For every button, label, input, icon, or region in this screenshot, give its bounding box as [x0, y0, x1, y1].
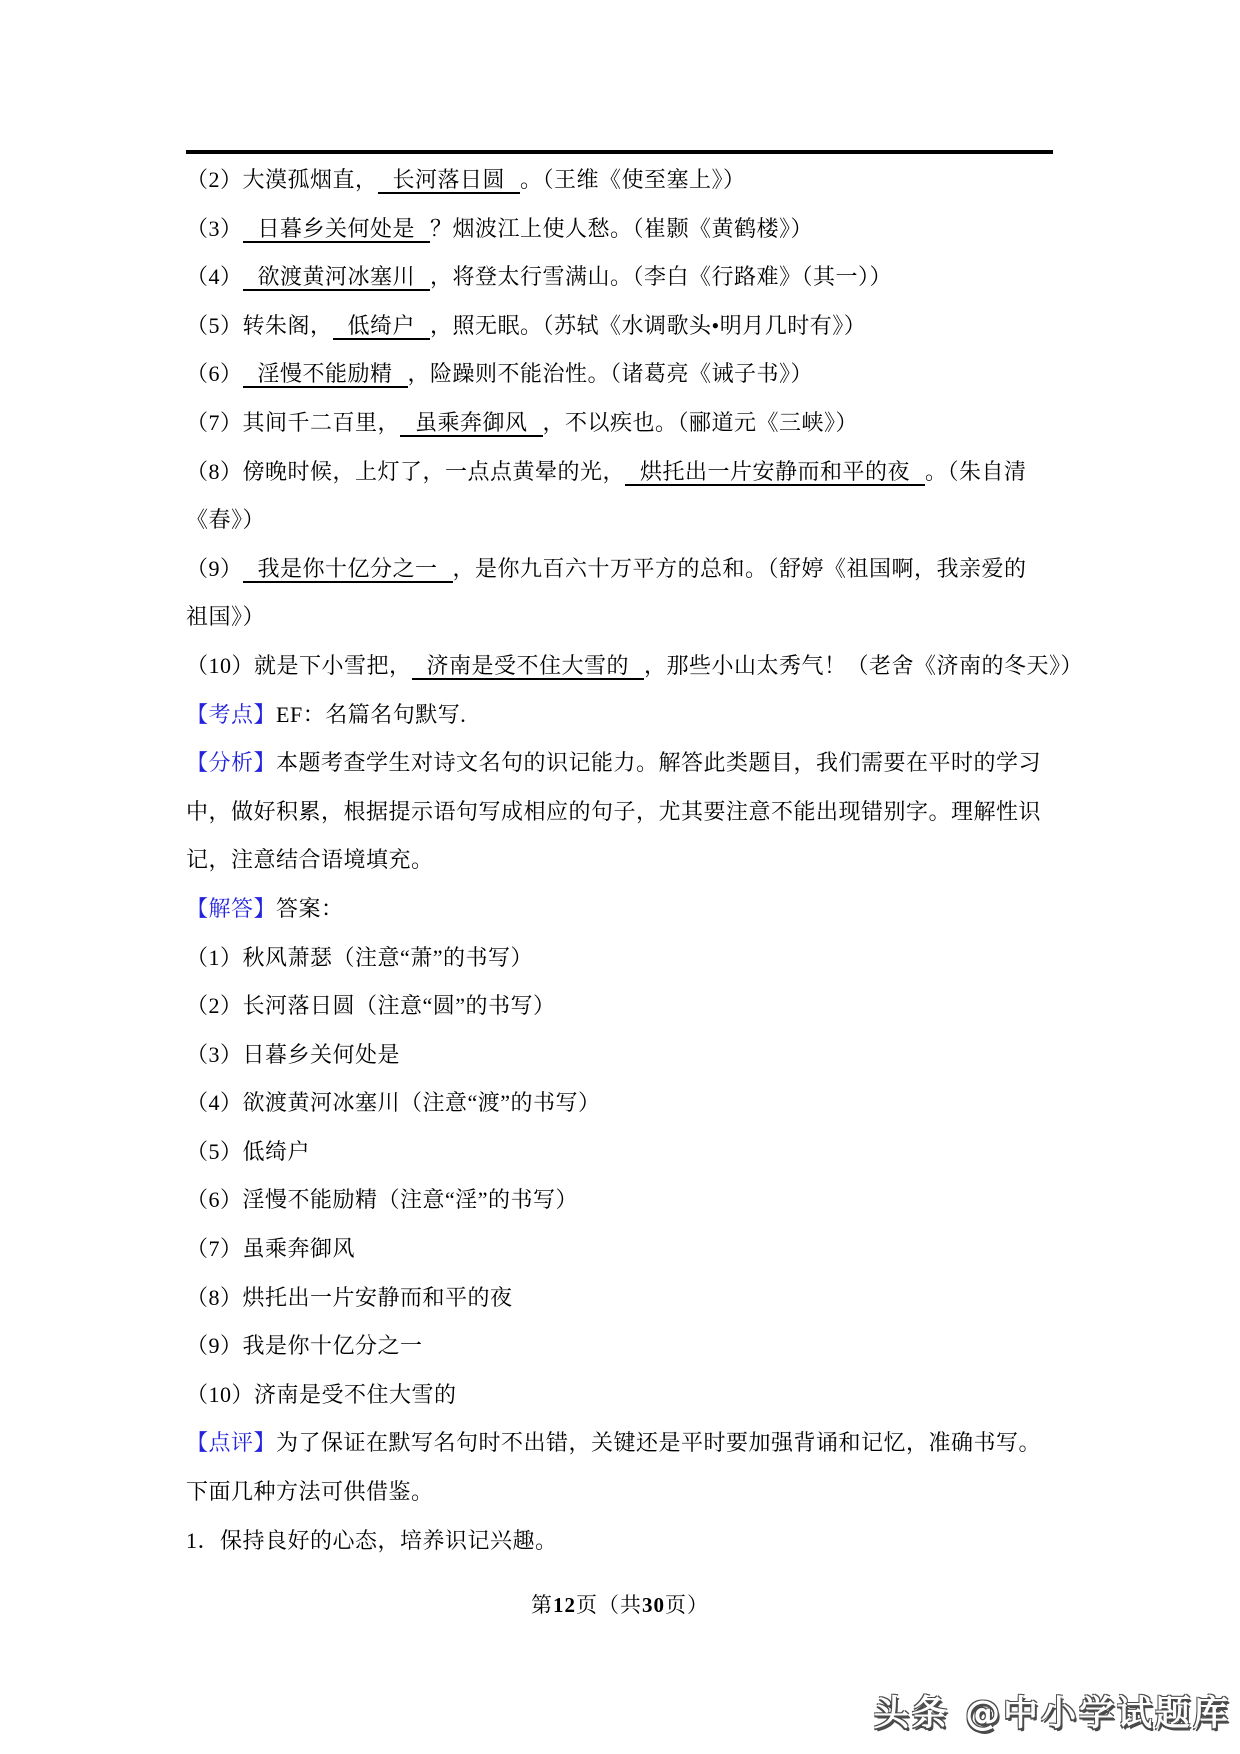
text-segment: ，照无眠。（苏轼《水调歌头•明月几时有》） — [430, 313, 866, 338]
section-label: 【考点】 — [186, 702, 276, 727]
document-line: （9）我是你十亿分之一，是你九百六十万平方的总和。（舒婷《祖国啊，我亲爱的 — [186, 545, 1058, 594]
text-segment: （5）转朱阁， — [186, 313, 333, 338]
answer-blank: 我是你十亿分之一 — [243, 556, 453, 583]
document-line: 1．保持良好的心态，培养识记兴趣。 — [186, 1517, 1058, 1566]
text-segment: 《春》） — [186, 507, 265, 532]
text-segment: ，将登太行雪满山。（李白《行路难》（其一）） — [430, 264, 892, 289]
document-line: 下面几种方法可供借鉴。 — [186, 1468, 1058, 1517]
text-segment: （8）烘托出一片安静而和平的夜 — [186, 1285, 513, 1310]
text-segment: 页（共 — [576, 1593, 642, 1617]
document-line: 【分析】本题考查学生对诗文名句的识记能力。解答此类题目，我们需要在平时的学习 — [186, 739, 1058, 788]
text-segment: （3）日暮乡关何处是 — [186, 1042, 400, 1067]
document-line: 祖国》） — [186, 593, 1058, 642]
text-segment: （3） — [186, 216, 243, 241]
document-line: （7）虽乘奔御风 — [186, 1225, 1058, 1274]
text-segment: （2）大漠孤烟直， — [186, 167, 378, 192]
document-line: （9）我是你十亿分之一 — [186, 1322, 1058, 1371]
text-segment: 本题考查学生对诗文名句的识记能力。解答此类题目，我们需要在平时的学习 — [276, 750, 1041, 775]
text-segment: （7）虽乘奔御风 — [186, 1236, 355, 1261]
answer-blank: 虽乘奔御风 — [400, 410, 543, 437]
text-segment: 。（朱自清 — [925, 459, 1027, 484]
section-label: 【分析】 — [186, 750, 276, 775]
text-segment: （9）我是你十亿分之一 — [186, 1333, 423, 1358]
document-page: （2）大漠孤烟直，长河落日圆。（王维《使至塞上》）（3）日暮乡关何处是？烟波江上… — [0, 0, 1240, 1754]
text-segment: 答案： — [276, 896, 344, 921]
document-line: （2）大漠孤烟直，长河落日圆。（王维《使至塞上》） — [186, 156, 1058, 205]
text-segment: 1．保持良好的心态，培养识记兴趣。 — [186, 1528, 558, 1553]
text-segment: 祖国》） — [186, 604, 265, 629]
document-line: （1）秋风萧瑟（注意“萧”的书写） — [186, 934, 1058, 983]
text-segment: 中，做好积累，根据提示语句写成相应的句子，尤其要注意不能出现错别字。理解性识 — [186, 799, 1041, 824]
header-rule — [186, 150, 1053, 154]
text-segment: 30 — [642, 1593, 665, 1617]
text-segment: （7）其间千二百里， — [186, 410, 400, 435]
text-segment: 记，注意结合语境填充。 — [186, 847, 434, 872]
document-line: 【点评】为了保证在默写名句时不出错，关键还是平时要加强背诵和记忆，准确书写。 — [186, 1419, 1058, 1468]
text-segment: （5）低绮户 — [186, 1139, 310, 1164]
text-segment: （4）欲渡黄河冰塞川（注意“渡”的书写） — [186, 1090, 601, 1115]
answer-blank: 低绮户 — [333, 313, 431, 340]
document-line: 【解答】答案： — [186, 885, 1058, 934]
text-segment: ，那些小山太秀气！（老舍《济南的冬天》） — [644, 653, 1083, 678]
document-line: 《春》） — [186, 496, 1058, 545]
text-segment: （6） — [186, 361, 243, 386]
text-segment: （6）淫慢不能励精（注意“淫”的书写） — [186, 1187, 578, 1212]
document-line: （5）低绮户 — [186, 1128, 1058, 1177]
text-segment: ？烟波江上使人愁。（崔颢《黄鹤楼》） — [430, 216, 813, 241]
text-segment: 页） — [665, 1593, 709, 1617]
section-label: 【点评】 — [186, 1430, 276, 1455]
text-segment: 第 — [531, 1593, 553, 1617]
document-line: （8）烘托出一片安静而和平的夜 — [186, 1274, 1058, 1323]
watermark: 头条 @中小学试题库 — [874, 1686, 1231, 1736]
answer-blank: 欲渡黄河冰塞川 — [243, 264, 431, 291]
text-segment: （2）长河落日圆（注意“圆”的书写） — [186, 993, 556, 1018]
text-segment: （10）就是下小雪把， — [186, 653, 412, 678]
document-line: （10）济南是受不住大雪的 — [186, 1371, 1058, 1420]
text-segment: ，险躁则不能治性。（诸葛亮《诫子书》） — [408, 361, 814, 386]
answer-blank: 济南是受不住大雪的 — [412, 653, 645, 680]
document-line: （6）淫慢不能励精（注意“淫”的书写） — [186, 1176, 1058, 1225]
document-line: （7）其间千二百里，虽乘奔御风，不以疾也。（郦道元《三峡》） — [186, 399, 1058, 448]
document-line: （5）转朱阁，低绮户，照无眠。（苏轼《水调歌头•明月几时有》） — [186, 302, 1058, 351]
text-segment: （9） — [186, 556, 243, 581]
text-segment: （10）济南是受不住大雪的 — [186, 1382, 457, 1407]
text-segment: 为了保证在默写名句时不出错，关键还是平时要加强背诵和记忆，准确书写。 — [276, 1430, 1041, 1455]
text-segment: （1）秋风萧瑟（注意“萧”的书写） — [186, 945, 533, 970]
text-segment: （8）傍晚时候，上灯了，一点点黄晕的光， — [186, 459, 625, 484]
document-line: 记，注意结合语境填充。 — [186, 836, 1058, 885]
document-line: （4）欲渡黄河冰塞川（注意“渡”的书写） — [186, 1079, 1058, 1128]
document-line: 【考点】EF：名篇名句默写. — [186, 691, 1058, 740]
text-segment: ，是你九百六十万平方的总和。（舒婷《祖国啊，我亲爱的 — [453, 556, 1027, 581]
answer-blank: 烘托出一片安静而和平的夜 — [625, 459, 925, 486]
document-line: （8）傍晚时候，上灯了，一点点黄晕的光，烘托出一片安静而和平的夜。（朱自清 — [186, 448, 1058, 497]
text-segment: （4） — [186, 264, 243, 289]
text-segment: 。（王维《使至塞上》） — [520, 167, 746, 192]
document-line: （6）淫慢不能励精，险躁则不能治性。（诸葛亮《诫子书》） — [186, 350, 1058, 399]
answer-blank: 淫慢不能励精 — [243, 361, 408, 388]
document-body: （2）大漠孤烟直，长河落日圆。（王维《使至塞上》）（3）日暮乡关何处是？烟波江上… — [186, 156, 1058, 1565]
document-line: 中，做好积累，根据提示语句写成相应的句子，尤其要注意不能出现错别字。理解性识 — [186, 788, 1058, 837]
document-line: （4）欲渡黄河冰塞川，将登太行雪满山。（李白《行路难》（其一）） — [186, 253, 1058, 302]
text-segment: 下面几种方法可供借鉴。 — [186, 1479, 434, 1504]
answer-blank: 长河落日圆 — [378, 167, 521, 194]
document-line: （3）日暮乡关何处是？烟波江上使人愁。（崔颢《黄鹤楼》） — [186, 205, 1058, 254]
document-line: （10）就是下小雪把，济南是受不住大雪的，那些小山太秀气！（老舍《济南的冬天》） — [186, 642, 1058, 691]
section-label: 【解答】 — [186, 896, 276, 921]
text-segment: EF：名篇名句默写. — [276, 702, 466, 727]
document-line: （3）日暮乡关何处是 — [186, 1031, 1058, 1080]
answer-blank: 日暮乡关何处是 — [243, 216, 431, 243]
text-segment: ，不以疾也。（郦道元《三峡》） — [543, 410, 859, 435]
text-segment: 12 — [553, 1593, 576, 1617]
document-line: （2）长河落日圆（注意“圆”的书写） — [186, 982, 1058, 1031]
page-footer: 第12页（共30页） — [186, 1588, 1054, 1622]
